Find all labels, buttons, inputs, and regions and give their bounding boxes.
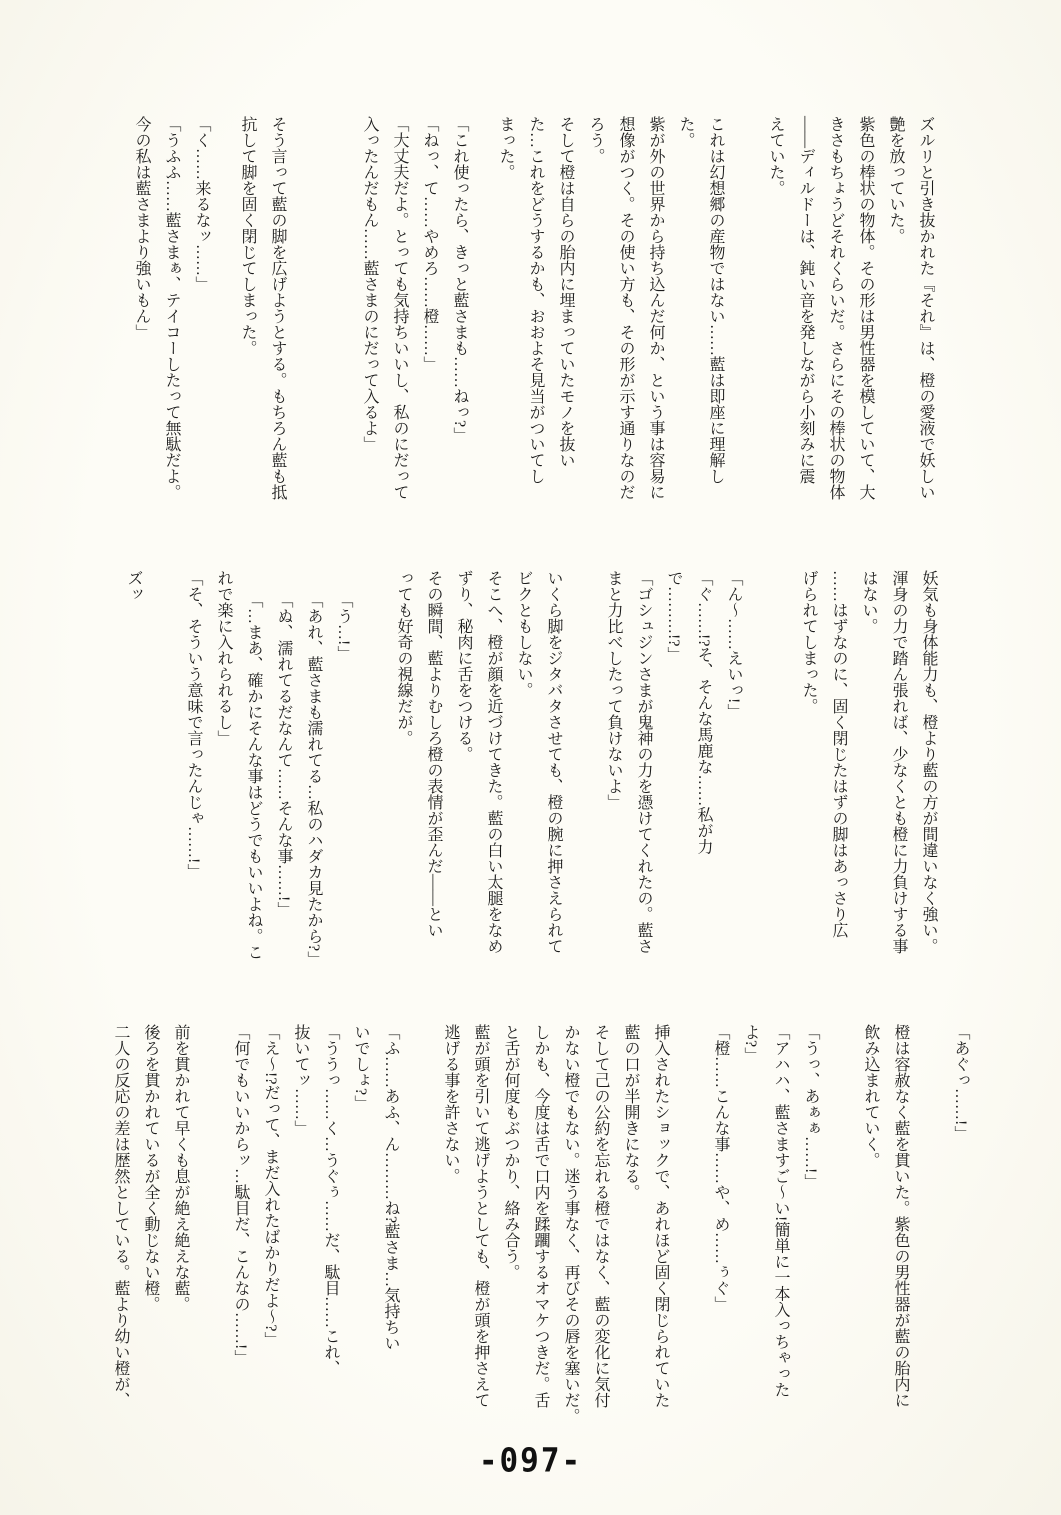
text-line: 挿入されたショックで、あれほど固く閉じられていた <box>645 1024 675 1480</box>
text-line: 「ねっ、て……やめろ……橙……」 <box>414 116 444 560</box>
text-line: いくら脚をジタバタさせても、橙の腕に押さえられて <box>538 570 568 1014</box>
text-line: まと力比べしたって負けないよ」 <box>598 570 628 1014</box>
text-line: っても好奇の視線だが。 <box>388 570 418 1014</box>
text-line: 「う…!」 <box>328 570 358 1014</box>
text-line: れで楽に入れられるし」 <box>208 570 238 1014</box>
text-block-middle: 妖気も身体能力も、橙より藍の方が間違いなく強い。 渾身の力で踏ん張れば、少なくと… <box>118 570 943 1014</box>
text-line: 二人の反応の差は歴然としている。藍より幼い橙が、 <box>105 1024 135 1480</box>
text-line: かない橙でもない。迷う事なく、再びその唇を塞いだ。 <box>555 1024 585 1480</box>
text-line: ずり、秘肉に舌をつける。 <box>448 570 478 1014</box>
text-line: 抜いてッ……」 <box>285 1024 315 1480</box>
text-line: ビクともしない。 <box>508 570 538 1014</box>
text-line: 「大丈夫だよ。とっても気持ちいいし、私のにだって <box>384 116 414 560</box>
text-line: 抗して脚を固く閉じてしまった。 <box>232 116 262 560</box>
text-line: 「あぐっ……!」 <box>945 1024 975 1480</box>
text-line: 妖気も身体能力も、橙より藍の方が間違いなく強い。 <box>913 570 943 1014</box>
text-line: そう言って藍の脚を広げようとする。もちろん藍も抵 <box>262 116 292 560</box>
text-line: ……はずなのに、固く閉じたはずの脚はあっさり広 <box>823 570 853 1014</box>
text-block-top: ズルリと引き抜かれた『それ』は、橙の愛液で妖しい 艶を放っていた。 紫色の棒状の… <box>126 116 940 560</box>
text-line: 紫が外の世界から持ち込んだ何か、という事は容易に <box>640 116 670 560</box>
text-line: 「ぐ……!?そ、そんな馬鹿な……私が力 <box>688 570 718 1014</box>
text-line-sfx: ズッ <box>118 570 148 1014</box>
text-line: いでしょ?」 <box>345 1024 375 1480</box>
page-number: -097- <box>0 1442 1061 1480</box>
text-line: ――ディルドーは、鈍い音を発しながら小刻みに震 <box>790 116 820 560</box>
text-line: と舌が何度もぶつかり、絡み合う。 <box>495 1024 525 1480</box>
text-line: げられてしまった。 <box>793 570 823 1014</box>
text-line: 「橙……こんな事……や、め……ぅぐ」 <box>705 1024 735 1480</box>
text-line: 後ろを貫かれているが全く動じない橙。 <box>135 1024 165 1480</box>
text-line: そこへ、橙が顔を近づけてきた。藍の白い太腿をなめ <box>478 570 508 1014</box>
text-line: 「あれ、藍さまも濡れてる…私のハダカ見たから?」 <box>298 570 328 1014</box>
text-block-bottom: 「あぐっ……!」 橙は容赦なく藍を貫いた。紫色の男性器が藍の胎内に 飲み込まれて… <box>105 1024 975 1480</box>
text-line: えていた。 <box>760 116 790 560</box>
text-line: 「ふ……あふ、ん………ね?藍さま…気持ちい <box>375 1024 405 1480</box>
text-line: た…これをどうするかも、おおよそ見当がついてし <box>520 116 550 560</box>
text-line: 紫色の棒状の物体。その形は男性器を模していて、大 <box>850 116 880 560</box>
text-line: そして己の公約を忘れる橙ではなく、藍の変化に気付 <box>585 1024 615 1480</box>
text-line: 想像がつく。その使い方も、その形が示す通りなのだ <box>610 116 640 560</box>
text-line: 「何でもいいからッ…駄目だ、こんなの……!」 <box>225 1024 255 1480</box>
text-line: ろう。 <box>580 116 610 560</box>
text-line: 「ぬ、濡れてるだなんて……そんな事……!」 <box>268 570 298 1014</box>
text-line: はない。 <box>853 570 883 1014</box>
text-line: これは幻想郷の産物ではない……藍は即座に理解し <box>700 116 730 560</box>
text-line: ズルリと引き抜かれた『それ』は、橙の愛液で妖しい <box>910 116 940 560</box>
text-line: 「うふふ……藍さまぁ、テイコーしたって無駄だよ。 <box>156 116 186 560</box>
text-line: 「ううっ……く…うぐぅ……だ、駄目……これ、 <box>315 1024 345 1480</box>
text-line: 「…まあ、確かにそんな事はどうでもいいよね。こ <box>238 570 268 1014</box>
text-line: 「そ、そういう意味で言ったんじゃ……!」 <box>178 570 208 1014</box>
text-line: た。 <box>670 116 700 560</box>
text-line: 橙は容赦なく藍を貫いた。紫色の男性器が藍の胎内に <box>885 1024 915 1480</box>
text-line: 渾身の力で踏ん張れば、少なくとも橙に力負けする事 <box>883 570 913 1014</box>
text-line: 艶を放っていた。 <box>880 116 910 560</box>
text-line: 「ゴシュジンさまが鬼神の力を憑けてくれたの。藍さ <box>628 570 658 1014</box>
text-line: 飲み込まれていく。 <box>855 1024 885 1480</box>
doujin-novel-page: ズルリと引き抜かれた『それ』は、橙の愛液で妖しい 艶を放っていた。 紫色の棒状の… <box>0 0 1061 1515</box>
text-line: 入ったんだもん……藍さまのにだって入るよ」 <box>354 116 384 560</box>
text-line: 前を貫かれて早くも息が絶え絶えな藍。 <box>165 1024 195 1480</box>
text-line: 「うっ、あぁぁ……!」 <box>795 1024 825 1480</box>
text-line: 「アハハ、藍さますご～い!簡単に一本入っちゃった <box>765 1024 795 1480</box>
text-line: よ?」 <box>735 1024 765 1480</box>
text-line: きさもちょうどそれくらいだ。さらにその棒状の物体 <box>820 116 850 560</box>
text-line: しかも、今度は舌で口内を蹂躙するオマケつきだ。舌 <box>525 1024 555 1480</box>
text-line: 「ん～……えいっ!」 <box>718 570 748 1014</box>
text-line: 藍が頭を引いて逃げようとしても、橙が頭を押さえて <box>465 1024 495 1480</box>
text-line: 「く……来るなッ……」 <box>186 116 216 560</box>
text-line: 「これ使ったら、きっと藍さまも……ねっ?」 <box>444 116 474 560</box>
text-line: まった。 <box>490 116 520 560</box>
text-line: で………!?」 <box>658 570 688 1014</box>
text-line: 逃げる事を許さない。 <box>435 1024 465 1480</box>
text-line: 今の私は藍さまより強いもん」 <box>126 116 156 560</box>
text-line: そして橙は自らの胎内に埋まっていたモノを抜い <box>550 116 580 560</box>
text-line: 藍の口が半開きになる。 <box>615 1024 645 1480</box>
text-line: その瞬間、藍よりむしろ橙の表情が歪んだ――とい <box>418 570 448 1014</box>
text-line: 「え～!?だって、まだ入れたばかりだよ～?」 <box>255 1024 285 1480</box>
